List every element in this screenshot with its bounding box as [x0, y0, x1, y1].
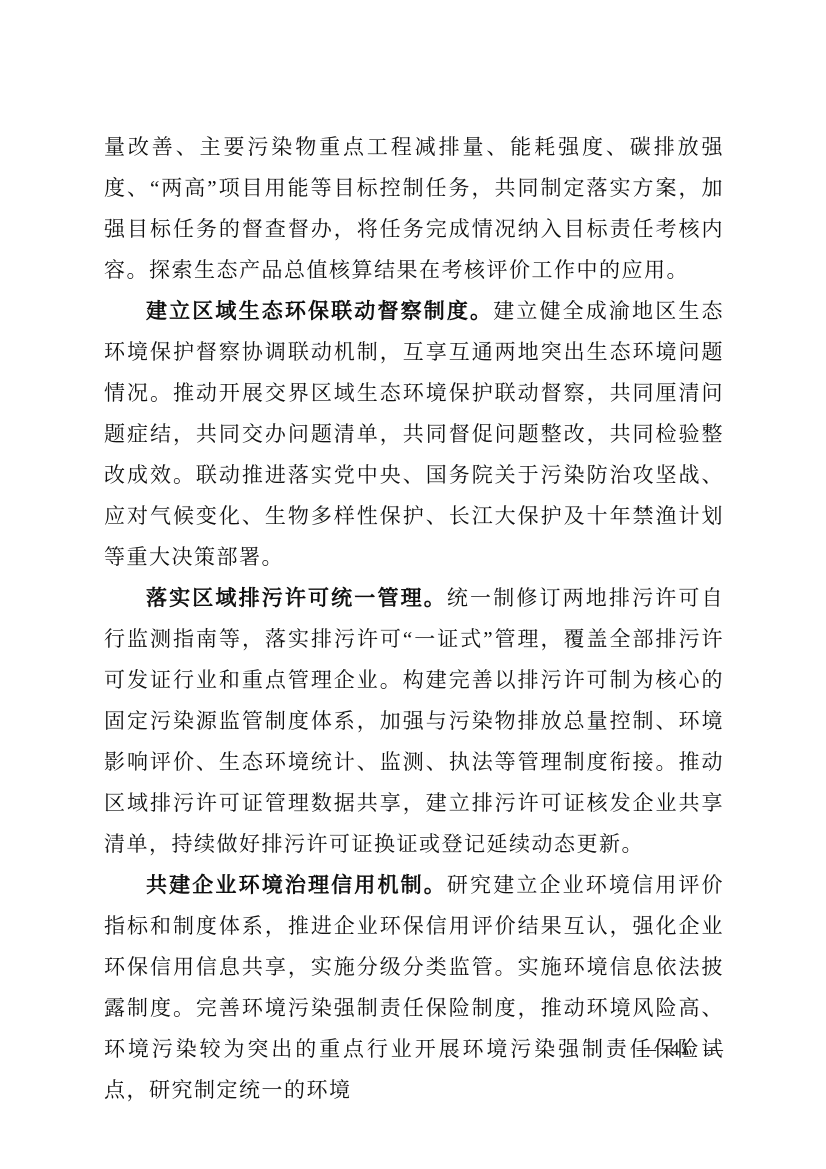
document-page: 量改善、主要污染物重点工程减排量、能耗强度、碳排放强度、“两高”项目用能等目标控…	[0, 0, 826, 1169]
paragraph: 共建企业环境治理信用机制。研究建立企业环境信用评价指标和制度体系，推进企业环保信…	[104, 865, 724, 1111]
document-body: 量改善、主要污染物重点工程减排量、能耗强度、碳排放强度、“两高”项目用能等目标控…	[104, 127, 724, 1111]
paragraph: 建立区域生态环保联动督察制度。建立健全成渝地区生态环境保护督察协调联动机制，互享…	[104, 291, 724, 578]
paragraph-lead: 建立区域生态环保联动督察制度。	[146, 299, 493, 323]
paragraph: 落实区域排污许可统一管理。统一制修订两地排污许可自行监测指南等，落实排污许可“一…	[104, 578, 724, 865]
page-number-value: 41	[670, 1038, 691, 1062]
paragraph-lead: 落实区域排污许可统一管理。	[146, 586, 447, 610]
paragraph-body: 量改善、主要污染物重点工程减排量、能耗强度、碳排放强度、“两高”项目用能等目标控…	[104, 135, 724, 282]
paragraph-body: 研究建立企业环境信用评价指标和制度体系，推进企业环保信用评价结果互认，强化企业环…	[104, 873, 724, 1102]
paragraph-body: 统一制修订两地排污许可自行监测指南等，落实排污许可“一证式”管理，覆盖全部排污许…	[104, 586, 724, 856]
page-number-dash-right: —	[704, 1038, 724, 1062]
paragraph: 量改善、主要污染物重点工程减排量、能耗强度、碳排放强度、“两高”项目用能等目标控…	[104, 127, 724, 291]
page-number: — 41 —	[637, 1038, 724, 1062]
paragraph-lead: 共建企业环境治理信用机制。	[146, 873, 447, 897]
paragraph-body: 建立健全成渝地区生态环境保护督察协调联动机制，互享互通两地突出生态环境问题情况。…	[104, 299, 724, 569]
page-number-dash-left: —	[637, 1038, 657, 1062]
